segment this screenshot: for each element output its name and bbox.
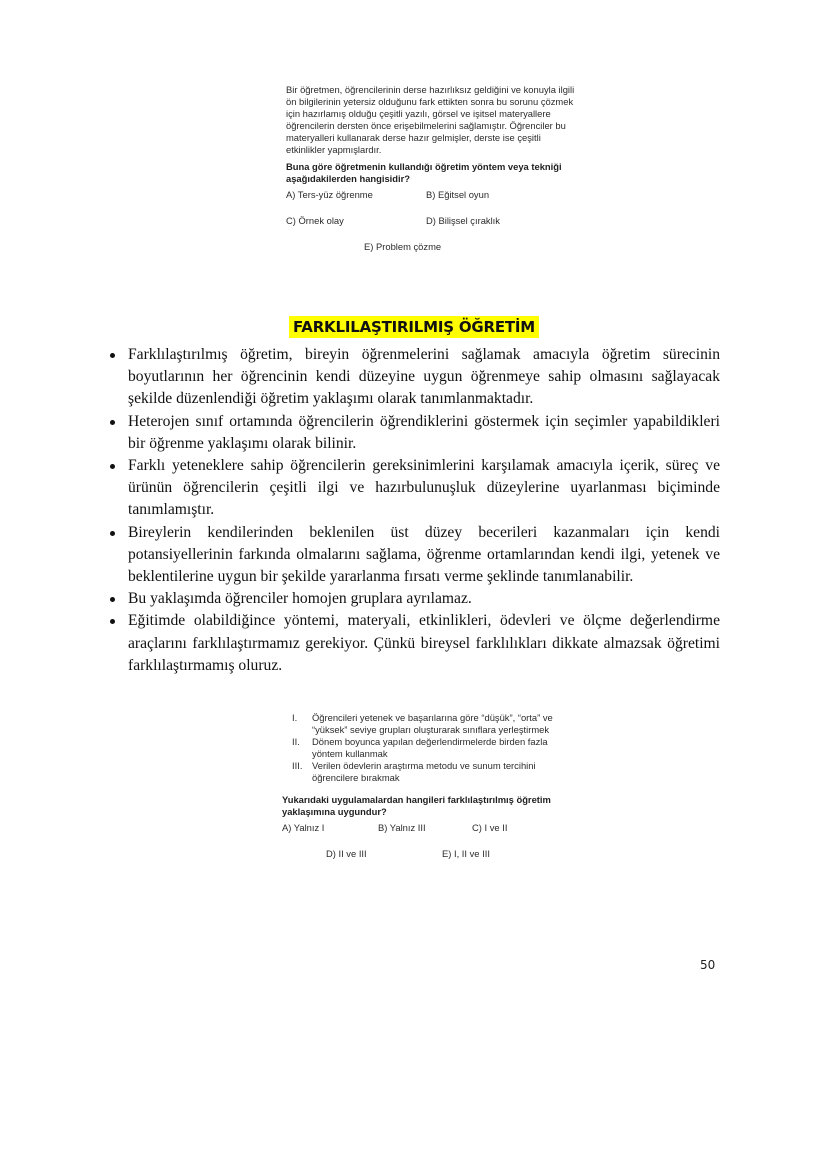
bullet-item: Heterojen sınıf ortamında öğrencilerin ö…	[108, 411, 720, 455]
page-number: 50	[700, 958, 715, 972]
statement-item: II.Dönem boyunca yapılan değerlendirmele…	[286, 736, 576, 760]
option-b: B) Yalnız III	[378, 822, 426, 834]
statement-item: III.Verilen ödevlerin araştırma metodu v…	[286, 760, 576, 784]
bullet-item: Eğitimde olabildiğince yöntemi, materyal…	[108, 610, 720, 677]
bullet-item: Bu yaklaşımda öğrenciler homojen gruplar…	[108, 588, 720, 610]
bullet-icon	[110, 597, 115, 602]
bullet-icon	[110, 464, 115, 469]
question-2-statements: I.Öğrencileri yetenek ve başarılarına gö…	[286, 712, 576, 784]
question-1: Bir öğretmen, öğrencilerinin derse hazır…	[286, 84, 576, 269]
option-b: B) Eğitsel oyun	[426, 189, 489, 201]
question-1-stem: Bir öğretmen, öğrencilerinin derse hazır…	[286, 84, 576, 156]
bullet-icon	[110, 531, 115, 536]
question-1-prompt: Buna göre öğretmenin kullandığı öğretim …	[286, 161, 576, 185]
bullet-icon	[110, 420, 115, 425]
option-d: D) Bilişsel çıraklık	[426, 215, 500, 227]
question-2: I.Öğrencileri yetenek ve başarılarına gö…	[286, 712, 576, 872]
bullet-item: Bireylerin kendilerinden beklenilen üst …	[108, 522, 720, 589]
option-d: D) II ve III	[326, 848, 367, 860]
option-a: A) Ters-yüz öğrenme	[286, 189, 373, 201]
bullet-icon	[110, 619, 115, 624]
bullet-icon	[110, 353, 115, 358]
option-e: E) I, II ve III	[442, 848, 490, 860]
document-page: Bir öğretmen, öğrencilerinin derse hazır…	[0, 0, 828, 1171]
bullet-item: Farklılaştırılmış öğretim, bireyin öğren…	[108, 344, 720, 411]
section-heading-wrap: FARKLILAŞTIRILMIŞ ÖĞRETİM	[0, 316, 828, 338]
bullet-list: Farklılaştırılmış öğretim, bireyin öğren…	[108, 344, 720, 677]
option-e: E) Problem çözme	[364, 241, 441, 253]
statement-item: I.Öğrencileri yetenek ve başarılarına gö…	[286, 712, 576, 736]
question-1-options: A) Ters-yüz öğrenme B) Eğitsel oyun C) Ö…	[286, 189, 576, 269]
option-c: C) I ve II	[472, 822, 507, 834]
question-2-prompt: Yukarıdaki uygulamalardan hangileri fark…	[282, 794, 576, 818]
question-2-options: A) Yalnız I B) Yalnız III C) I ve II D) …	[282, 822, 576, 872]
section-heading: FARKLILAŞTIRILMIŞ ÖĞRETİM	[289, 316, 539, 338]
bullet-item: Farklı yeteneklere sahip öğrencilerin ge…	[108, 455, 720, 522]
option-a: A) Yalnız I	[282, 822, 324, 834]
option-c: C) Örnek olay	[286, 215, 344, 227]
